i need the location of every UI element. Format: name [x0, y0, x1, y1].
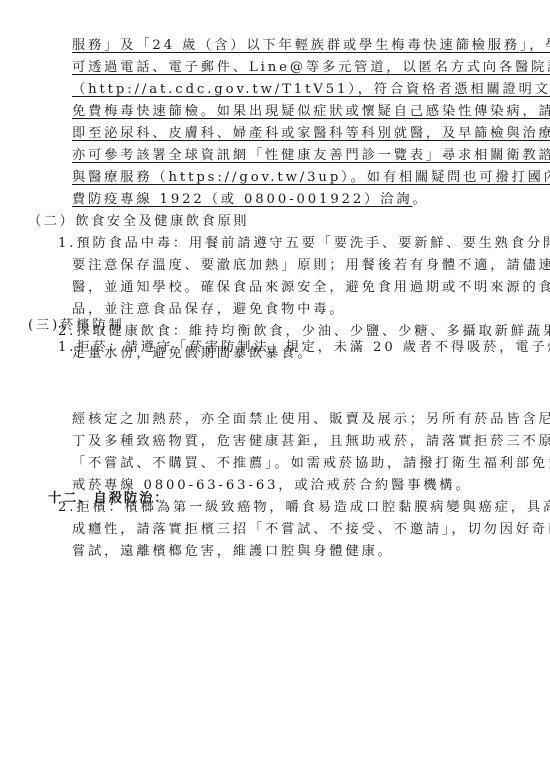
list-item-continuation: 「不嘗試、不購買、不推薦」。如需戒菸協助，請撥打衛生福利部免費	[72, 455, 550, 473]
body-text-line: 可透過電話、電子郵件、Line@等多元管道，以匿名方式向各醫院諮詢	[72, 59, 550, 77]
document-page: 服務」及「24 歲（含）以下年輕族群或學生梅毒快速篩檢服務」，學生 可透過電話、…	[0, 0, 550, 778]
list-item-food-poisoning: 1.預防食品中毒：用餐前請遵守五要「要洗手、要新鮮、要生熟食分開、	[58, 235, 550, 253]
link-text-line: （http://at.cdc.gov.tw/T1tV51），符合資格者憑相關證明…	[72, 81, 550, 99]
list-item-refuse-tobacco: 1.拒菸：請遵守「菸害防制法」規定，未滿 20 歲者不得吸菸，電子煙及未	[58, 339, 550, 357]
link-text-line: 與醫療服務（https://gov.tw/3up）。如有相關疑問也可撥打國內免付	[72, 169, 550, 187]
list-item-continuation: 經核定之加熱菸，亦全面禁止使用、販賣及展示；另所有菸品皆含尼古	[72, 411, 550, 429]
body-text-line: 費防疫專線 1922（或 0800-001922）洽詢。	[72, 191, 429, 209]
body-text-line: 免費梅毒快速篩檢。如果出現疑似症狀或懷疑自己感染性傳染病，請立	[72, 103, 550, 121]
period: 。	[412, 192, 428, 207]
body-text-line: 服務」及「24 歲（含）以下年輕族群或學生梅毒快速篩檢服務」，學生	[72, 37, 550, 55]
list-item-continuation: 醫，並通知學校。確保食品來源安全，避免食用過期或不明來源的食	[72, 279, 550, 297]
list-item-continuation: 要注意保存溫度、要澈底加熱」原則；用餐後若有身體不適，請儘速就	[72, 257, 550, 275]
section-heading-diet: （二）飲食安全及健康飲食原則	[28, 213, 249, 231]
section-heading-tobacco: (三)菸檳防制	[28, 317, 125, 335]
list-item-continuation: 成癮性，請落實拒檳三招「不嘗試、不接受、不邀請」，切勿因好奇而	[72, 521, 550, 539]
body-text-line: 亦可參考該署全球資訊網「性健康友善門診一覽表」尋求相關衛教諮詢	[72, 147, 550, 165]
hotline-text: 費防疫專線 1922（或 0800-001922）洽詢	[72, 192, 412, 207]
list-item-continuation: 嘗試，遠離檳榔危害，維護口腔與身體健康。	[72, 543, 394, 561]
body-text-line: 即至泌尿科、皮膚科、婦產科或家醫科等科別就醫，及早篩檢與治療，	[72, 125, 550, 143]
list-item-continuation: 丁及多種致癌物質，危害健康甚鉅，且無助戒菸，請落實拒菸三不原則	[72, 433, 550, 451]
section-heading-suicide: 十二、自殺防治：	[48, 490, 170, 508]
